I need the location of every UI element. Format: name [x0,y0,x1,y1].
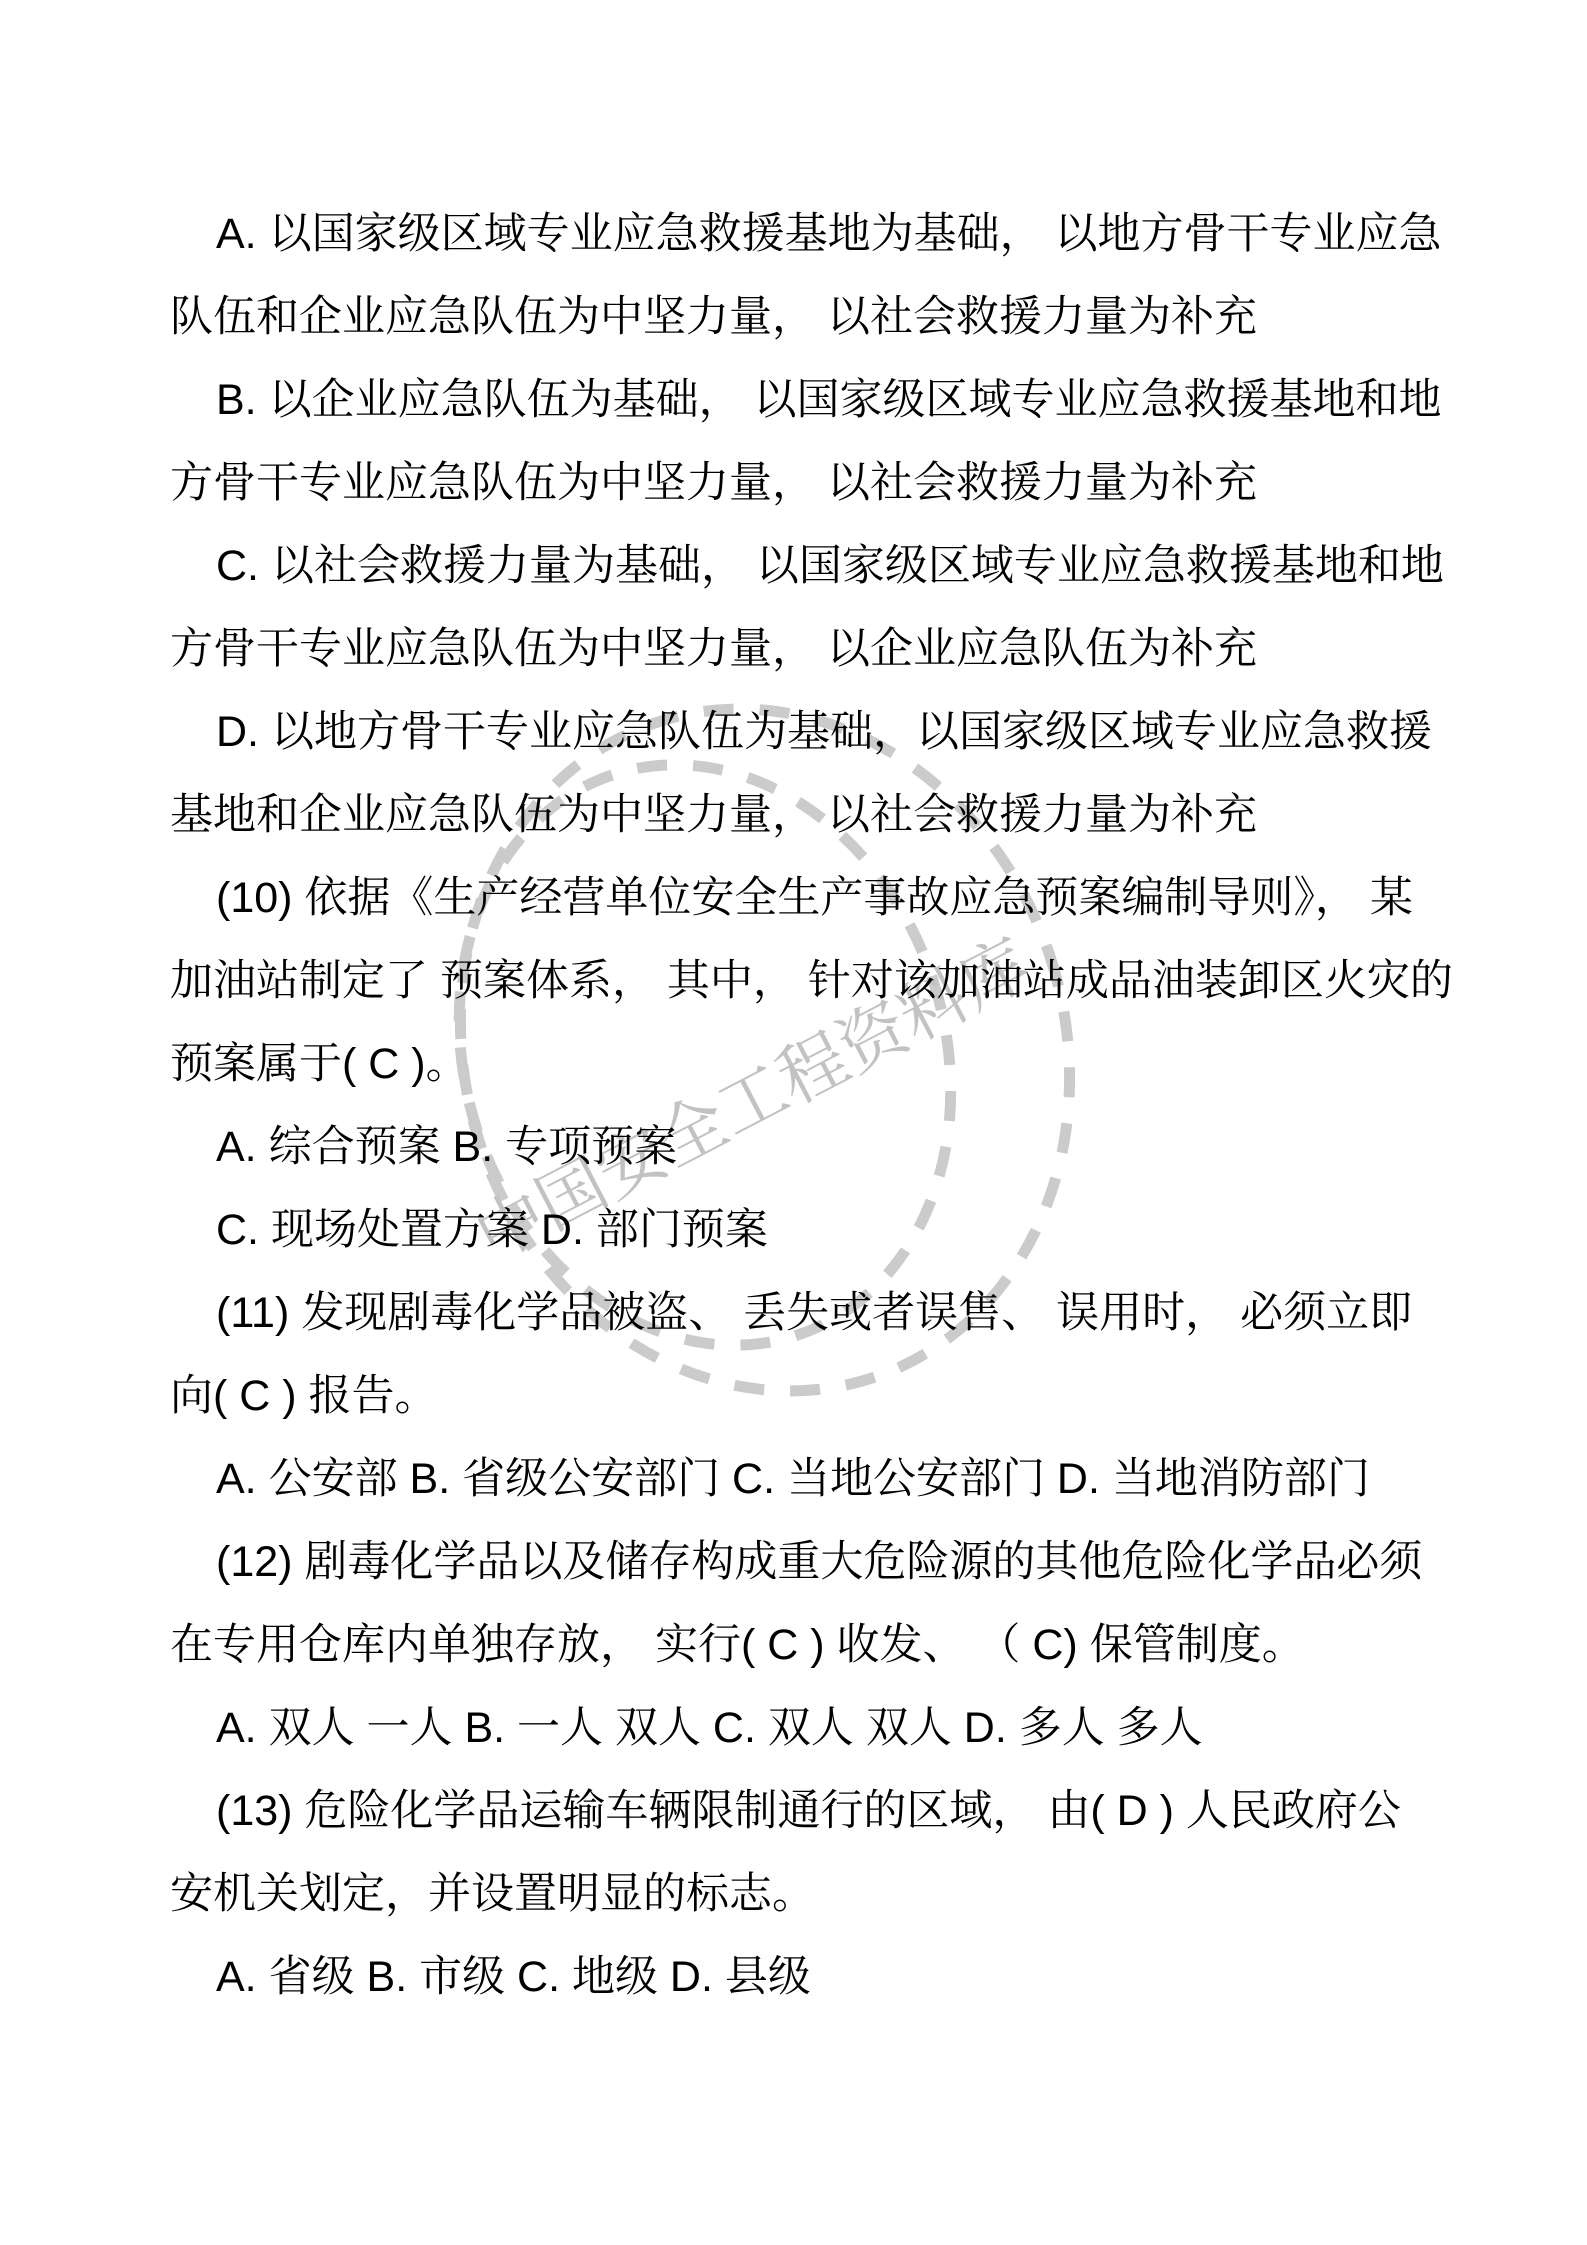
text-line: 预案属于( C )。 [170,1023,1500,1106]
text-line: A. 双人 一人 B. 一人 双人 C. 双人 双人 D. 多人 多人 [170,1687,1500,1770]
text-line: A. 综合预案 B. 专项预案 [170,1106,1500,1189]
text-line: A. 以国家级区域专业应急救援基地为基础， 以地方骨干专业应急 [170,193,1500,276]
text-line: C. 以社会救援力量为基础， 以国家级区域专业应急救援基地和地 [170,525,1500,608]
text-line: (10) 依据《生产经营单位安全生产事故应急预案编制导则》， 某 [170,857,1500,940]
question-text-block: A. 以国家级区域专业应急救援基地为基础， 以地方骨干专业应急 队伍和企业应急队… [170,193,1500,2019]
text-line: (12) 剧毒化学品以及储存构成重大危险源的其他危险化学品必须 [170,1521,1500,1604]
text-line: 方骨干专业应急队伍为中坚力量， 以企业应急队伍为补充 [170,608,1500,691]
text-line: 向( C ) 报告。 [170,1355,1500,1438]
text-line: C. 现场处置方案 D. 部门预案 [170,1189,1500,1272]
text-line: (13) 危险化学品运输车辆限制通行的区域， 由( D ) 人民政府公 [170,1770,1500,1853]
text-line: 在专用仓库内单独存放， 实行( C ) 收发、 （ C) 保管制度。 [170,1604,1500,1687]
text-line: 加油站制定了 预案体系， 其中， 针对该加油站成品油装卸区火灾的 [170,940,1500,1023]
text-line: 方骨干专业应急队伍为中坚力量， 以社会救援力量为补充 [170,442,1500,525]
text-line: 安机关划定，并设置明显的标志。 [170,1853,1500,1936]
text-line: A. 省级 B. 市级 C. 地级 D. 县级 [170,1936,1500,2019]
text-line: 队伍和企业应急队伍为中坚力量， 以社会救援力量为补充 [170,276,1500,359]
text-line: A. 公安部 B. 省级公安部门 C. 当地公安部门 D. 当地消防部门 [170,1438,1500,1521]
text-line: B. 以企业应急队伍为基础， 以国家级区域专业应急救援基地和地 [170,359,1500,442]
text-line: D. 以地方骨干专业应急队伍为基础，以国家级区域专业应急救援 [170,691,1500,774]
document-page: 中国安全工程资料库 A. 以国家级区域专业应急救援基地为基础， 以地方骨干专业应… [0,0,1587,2245]
text-line: (11) 发现剧毒化学品被盗、 丢失或者误售、 误用时， 必须立即 [170,1272,1500,1355]
text-line: 基地和企业应急队伍为中坚力量， 以社会救援力量为补充 [170,774,1500,857]
